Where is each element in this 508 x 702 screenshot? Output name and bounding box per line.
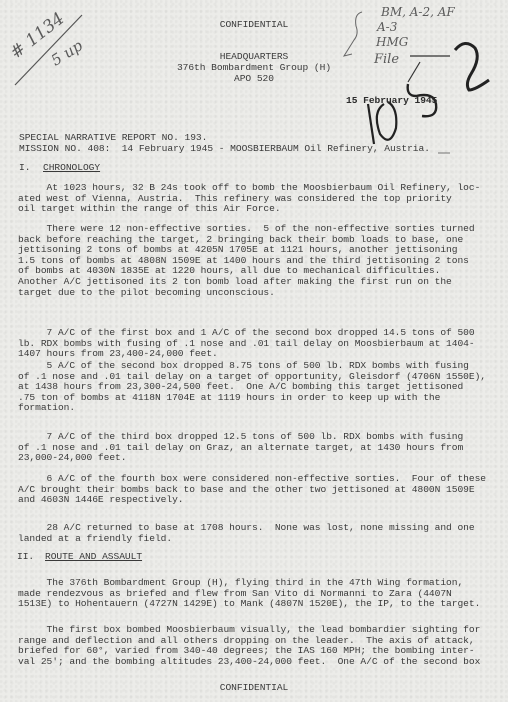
paragraph-line: val 25'; and the bombing altitudes 23,40… bbox=[18, 657, 480, 668]
mission-line: MISSION NO. 408: 14 February 1945 - MOOS… bbox=[19, 144, 430, 155]
paragraph-line: and 4603N 1446E respectively. bbox=[18, 495, 184, 506]
paragraph-line: 1407 hours from 23,400-24,000 feet. bbox=[18, 349, 218, 360]
paragraph-line: 7 A/C of the third box dropped 12.5 tons… bbox=[18, 432, 463, 443]
paragraph-line: The 376th Bombardment Group (H), flying … bbox=[18, 578, 463, 589]
classification-bottom: CONFIDENTIAL bbox=[0, 683, 508, 694]
paragraph-line: There were 12 non-effective sorties. 5 o… bbox=[18, 224, 475, 235]
paragraph-line: 5 A/C of the second box dropped 8.75 ton… bbox=[18, 361, 469, 372]
section-1-heading: CHRONOLOGY bbox=[43, 163, 100, 174]
section-2-heading: ROUTE AND ASSAULT bbox=[45, 552, 142, 563]
paragraph-line: formation. bbox=[18, 403, 75, 414]
paragraph-line: 7 A/C of the first box and 1 A/C of the … bbox=[18, 328, 475, 339]
paragraph-line: 6 A/C of the fourth box were considered … bbox=[18, 474, 486, 485]
section-2-number: II. bbox=[17, 552, 34, 563]
routing-line-3: HMG bbox=[376, 35, 408, 49]
report-title: SPECIAL NARRATIVE REPORT NO. 193. bbox=[19, 133, 207, 144]
paragraph-line: 23,000-24,000 feet. bbox=[18, 453, 126, 464]
paragraph-line: target due to the pilot becoming unconsc… bbox=[18, 288, 275, 299]
paragraph-line: .75 ton of bombs at 4118N 1704E at 1119 … bbox=[18, 393, 440, 404]
org-apo: APO 520 bbox=[0, 74, 508, 85]
paragraph-line: The first box bombed Moosbierbaum visual… bbox=[18, 625, 480, 636]
paragraph-line: oil target within the range of this Air … bbox=[18, 204, 281, 215]
org-headquarters: HEADQUARTERS bbox=[0, 52, 508, 63]
report-date: 15 February 1945 bbox=[346, 96, 437, 107]
document-page: # 1134 5 up BM, A-2, AF A-3 HMG File CON… bbox=[0, 0, 508, 702]
org-unit: 376th Bombardment Group (H) bbox=[0, 63, 508, 74]
paragraph-line: At 1023 hours, 32 B 24s took off to bomb… bbox=[18, 183, 480, 194]
section-1-number: I. bbox=[19, 163, 30, 174]
paragraph-line: landed at a friendly field. bbox=[18, 534, 172, 545]
routing-line-1: BM, A-2, AF bbox=[381, 5, 455, 19]
classification-top: CONFIDENTIAL bbox=[0, 20, 508, 31]
paragraph-line: Another A/C jettisoned its 2 ton bomb lo… bbox=[18, 277, 452, 288]
paragraph-line: 28 A/C returned to base at 1708 hours. N… bbox=[18, 523, 475, 534]
paragraph-line: 1513E) to Hohentauern (4727N 1429E) to M… bbox=[18, 599, 480, 610]
